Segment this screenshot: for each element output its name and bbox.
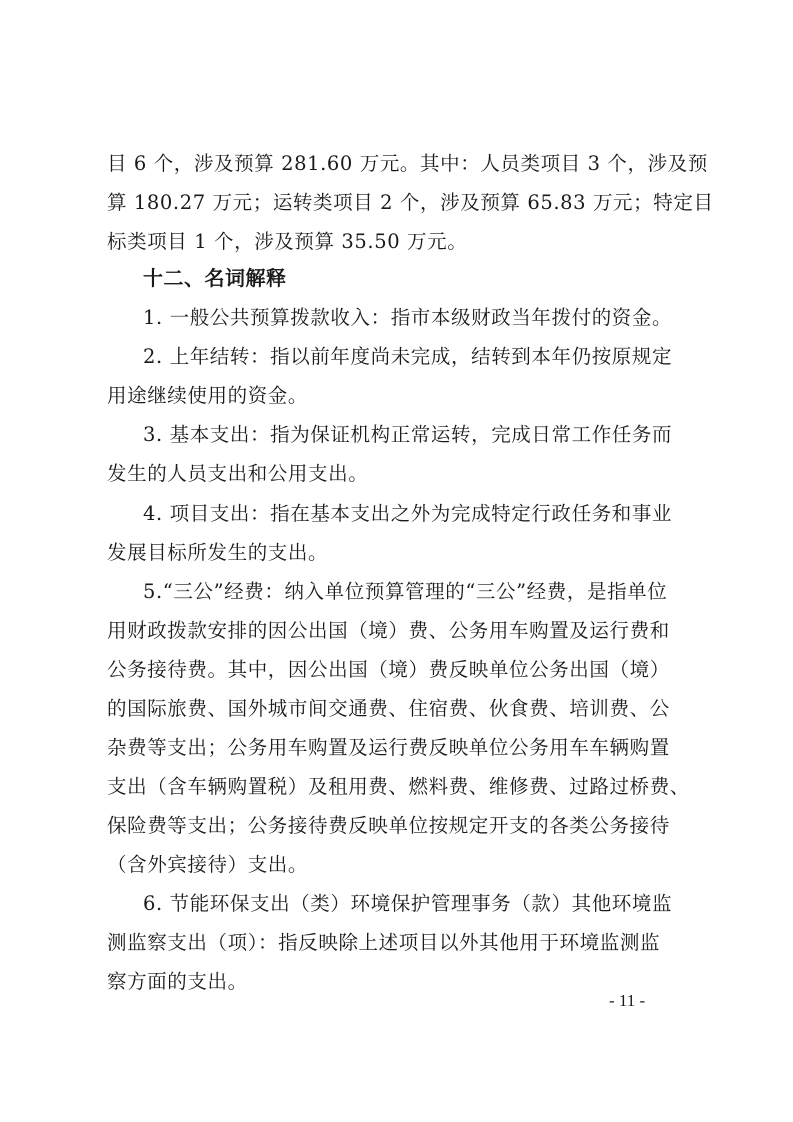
definition-1-line-1: 1. 一般公共预算拨款收入：指市本级财政当年拨付的资金。 xyxy=(143,306,672,330)
section-heading: 十二、名词解释 xyxy=(143,266,287,290)
definition-3-line-2: 发生的人员支出和公用支出。 xyxy=(107,462,368,486)
definition-2-line-1: 2. 上年结转：指以前年度尚未完成，结转到本年仍按原规定 xyxy=(143,345,672,369)
definition-5-line-7: 保险费等支出；公务接待费反映单位按规定开支的各类公务接待 xyxy=(107,814,670,838)
definition-5-line-1: 5.“三公”经费：纳入单位预算管理的“三公”经费，是指单位 xyxy=(143,580,667,604)
definition-4-line-1: 4. 项目支出：指在基本支出之外为完成特定行政任务和事业 xyxy=(143,502,672,526)
definition-5-line-2: 用财政拨款安排的因公出国（境）费、公务用车购置及运行费和 xyxy=(107,619,670,643)
definition-5-line-5: 杂费等支出；公务用车购置及运行费反映单位公务用车车辆购置 xyxy=(107,736,670,760)
definition-6-line-2: 测监察支出（项）：指反映除上述项目以外其他用于环境监测监 xyxy=(107,931,660,955)
definition-5-line-4: 的国际旅费、国外城市间交通费、住宿费、伙食费、培训费、公 xyxy=(107,697,670,721)
definition-5-line-3: 公务接待费。其中，因公出国（境）费反映单位公务出国（境） xyxy=(107,658,670,682)
page-number: - 11 - xyxy=(609,990,645,1012)
definition-4-line-2: 发展目标所发生的支出。 xyxy=(107,541,328,565)
definition-5-line-8: （含外宾接待）支出。 xyxy=(107,853,308,877)
intro-line-3: 标类项目 1 个，涉及预算 35.50 万元。 xyxy=(107,230,467,254)
definition-5-line-6: 支出（含车辆购置税）及租用费、燃料费、维修费、过路过桥费、 xyxy=(107,775,690,799)
definition-3-line-1: 3. 基本支出：指为保证机构正常运转，完成日常工作任务而 xyxy=(143,423,672,447)
intro-line-2: 算 180.27 万元；运转类项目 2 个，涉及预算 65.83 万元；特定目 xyxy=(107,191,714,215)
definition-2-line-2: 用途继续使用的资金。 xyxy=(107,384,308,408)
definition-6-line-1: 6. 节能环保支出（类）环境保护管理事务（款）其他环境监 xyxy=(143,892,672,916)
definition-6-line-3: 察方面的支出。 xyxy=(107,970,248,994)
intro-line-1: 目 6 个，涉及预算 281.60 万元。其中：人员类项目 3 个，涉及预 xyxy=(107,152,708,176)
